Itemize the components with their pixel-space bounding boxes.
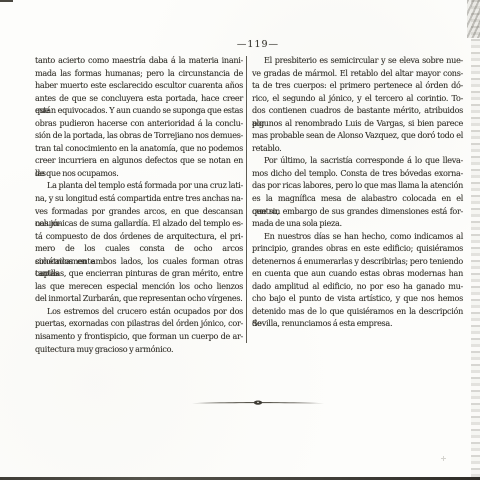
text-line: La planta del templo está formada por un… [35, 179, 243, 192]
text-line: Los estremos del crucero están ocupados … [35, 305, 243, 318]
text-line: Por último, la sacristía corresponde á l… [252, 154, 463, 167]
text-line: ta de tres cuerpos: el primero pertenece… [252, 79, 463, 92]
text-line: ve gradas de mármol. El retablo del alta… [252, 67, 463, 80]
scan-topleft-artifact [0, 0, 13, 2]
column-divider-rule [246, 56, 247, 343]
scan-corner-artifact [467, 0, 480, 38]
text-line: mada de una sola pieza. [252, 217, 463, 230]
text-line: puertas, exornadas con pilastras del órd… [35, 317, 243, 330]
text-line: las que merecen especial mención los och… [35, 280, 243, 293]
text-line: das por ricas labores, pero lo que mas l… [252, 179, 463, 192]
text-line: El presbiterio es semicircular y se elev… [252, 54, 463, 67]
text-line: que sin embargo de sus grandes dimension… [252, 205, 463, 218]
text-line: capillas, que encierran pinturas de gran… [35, 267, 243, 280]
text-line: tran tal conocimiento en la anatomía, qu… [35, 142, 243, 155]
text-line: quitectura muy gracioso y armónico. [35, 343, 243, 356]
text-line: mada las formas humanas; pero la circuns… [35, 67, 243, 80]
page-number: —119— [198, 40, 318, 50]
text-line: mos dicho del templo. Consta de tres bóv… [252, 167, 463, 180]
text-line: rico, el segundo al jónico, y el tercero… [252, 92, 463, 105]
text-line: están equivocados. Y aun cuando se supon… [35, 104, 243, 117]
text-line: creer incurriera en algunos defectos que… [35, 154, 243, 167]
text-line: sión de la portada, las obras de Torreji… [35, 129, 243, 142]
text-line: En nuestros días se han hecho, como indi… [252, 230, 463, 243]
scanned-book-page: —119— tanto acierto como maestría daba á… [0, 0, 480, 480]
text-line: haber muerto este esclarecido escultor c… [35, 79, 243, 92]
text-line: de que nos ocupamos. [35, 167, 243, 180]
ornamental-divider [192, 398, 324, 408]
column-right: El presbiterio es semicircular y se elev… [252, 54, 463, 330]
text-line: en cuenta que aun cuando estas obras mod… [252, 267, 463, 280]
scan-speck-artifact [441, 456, 446, 461]
text-line: ves formadas por grandes arcos, en que d… [35, 205, 243, 218]
text-line: obras pudieron hacerse con anterioridad … [35, 117, 243, 130]
text-line: algunos al renombrado Luis de Vargas, si… [252, 117, 463, 130]
text-line: mas probable sean de Alonso Vazquez, que… [252, 129, 463, 142]
scan-right-edge-artifact [471, 0, 480, 480]
text-line: dado amplitud al edificio, no por eso ha… [252, 280, 463, 293]
text-line: tá compuesto de dos órdenes de arquitect… [35, 230, 243, 243]
text-line: nisamento y frontispicio, que forman un … [35, 330, 243, 343]
text-line: colocados en ambos lados, los cuales for… [35, 255, 243, 268]
text-line: detenernos á enumerarlas y describirlas;… [252, 255, 463, 268]
text-line: dos contienen cuadros de bastante mérito… [252, 104, 463, 117]
text-line: detenido mas de lo que quisiéramos en la… [252, 305, 463, 318]
text-line: retablo. [252, 142, 463, 155]
text-line: antes de que se concluyera esta portada,… [35, 92, 243, 105]
column-left: tanto acierto como maestría daba á la ma… [35, 54, 243, 355]
text-line: na, y su longitud está compartida entre … [35, 192, 243, 205]
text-line: del inmortal Zurbarán, que representan o… [35, 292, 243, 305]
text-line: cho bajo el punto de vista artístico, y … [252, 292, 463, 305]
text-line: principio, grandes obras en este edifici… [252, 242, 463, 255]
text-line: es la magnífica mesa de alabastro coloca… [252, 192, 463, 205]
text-line: tanto acierto como maestría daba á la ma… [35, 54, 243, 67]
text-line: Sevilla, renunciamos á esta empresa. [252, 317, 463, 330]
text-line: mero de los cuales consta de ocho arcos … [35, 242, 243, 255]
text-line: nas jónicas de suma gallardía. El alzado… [35, 217, 243, 230]
